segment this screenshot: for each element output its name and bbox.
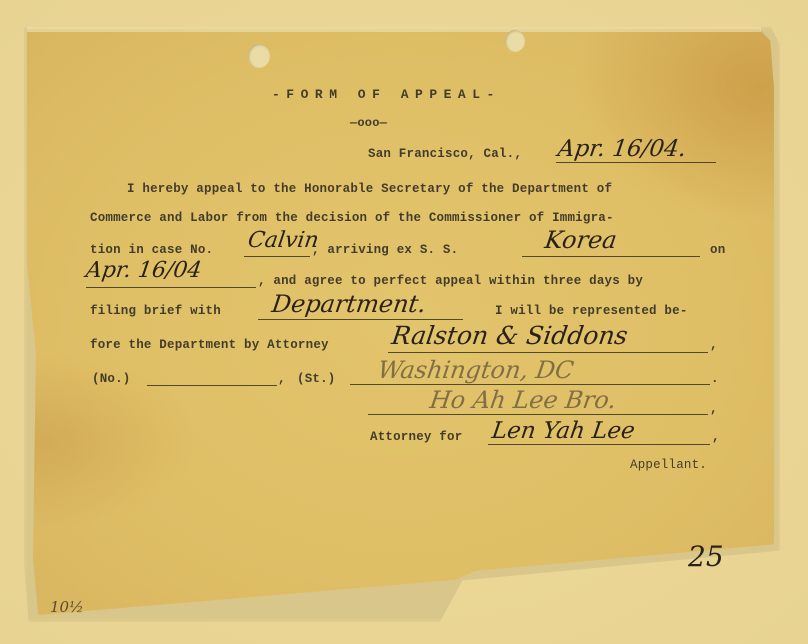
case-name-handwritten: Calvin [246, 228, 320, 253]
form-title: -FORM OF APPEAL- [272, 87, 501, 102]
punch-hole-left [248, 44, 270, 68]
number-label: (No.) [92, 372, 131, 386]
body-line-2: Commerce and Labor from the decision of … [90, 211, 614, 225]
paper-top-edge [27, 27, 761, 32]
body-line-3-mid: , arriving ex S. S. [312, 243, 458, 257]
arrival-date-underline [86, 287, 256, 288]
date-underline [556, 162, 716, 163]
ship-name-handwritten: Korea [543, 226, 619, 254]
pencil-note: 10½ [50, 598, 84, 616]
appellant-name-underline [488, 444, 710, 445]
body-line-5-suffix: I will be represented be- [495, 304, 688, 318]
filed-with-underline [258, 319, 463, 320]
extra-line-handwritten: Ho Ah Lee Bro. [428, 386, 618, 414]
street-underline [350, 384, 710, 385]
punch-hole-right [505, 30, 525, 52]
place-label: San Francisco, Cal., [368, 147, 522, 161]
body-line-6-prefix: fore the Department by Attorney [90, 338, 329, 352]
street-handwritten: Washington, DC [376, 356, 576, 384]
number-blank-line [147, 385, 277, 386]
street-label: (St.) [297, 372, 336, 386]
body-line-5-prefix: filing brief with [90, 304, 221, 318]
body-line-4: , and agree to perfect appeal within thr… [258, 274, 643, 288]
body-line-6-end: , [710, 338, 718, 352]
arrival-date-handwritten: Apr. 16/04 [84, 258, 203, 283]
body-line-3-prefix: tion in case No. [90, 243, 213, 257]
attorney-name-underline [388, 352, 708, 353]
title-separator: —ooo— [350, 116, 387, 130]
filed-with-handwritten: Department. [270, 290, 428, 318]
attorney-name-handwritten: Ralston & Siddons [390, 321, 630, 350]
extra-line-underline [368, 414, 708, 415]
number-comma: , [278, 372, 286, 386]
appellant-label: Appellant. [630, 458, 707, 472]
body-line-3-suffix: on [710, 243, 725, 257]
ship-name-underline [522, 256, 700, 257]
body-line-1: I hereby appeal to the Honorable Secreta… [127, 182, 612, 196]
street-end: . [711, 372, 719, 386]
case-name-underline [244, 256, 310, 257]
appellant-name-handwritten: Len Yah Lee [490, 418, 636, 444]
date-handwritten: Apr. 16/04. [556, 136, 688, 162]
page-number: 25 [688, 540, 724, 573]
attorney-for-label: Attorney for [370, 430, 462, 444]
appellant-end: , [712, 430, 720, 444]
extra-line-end: , [710, 402, 718, 416]
